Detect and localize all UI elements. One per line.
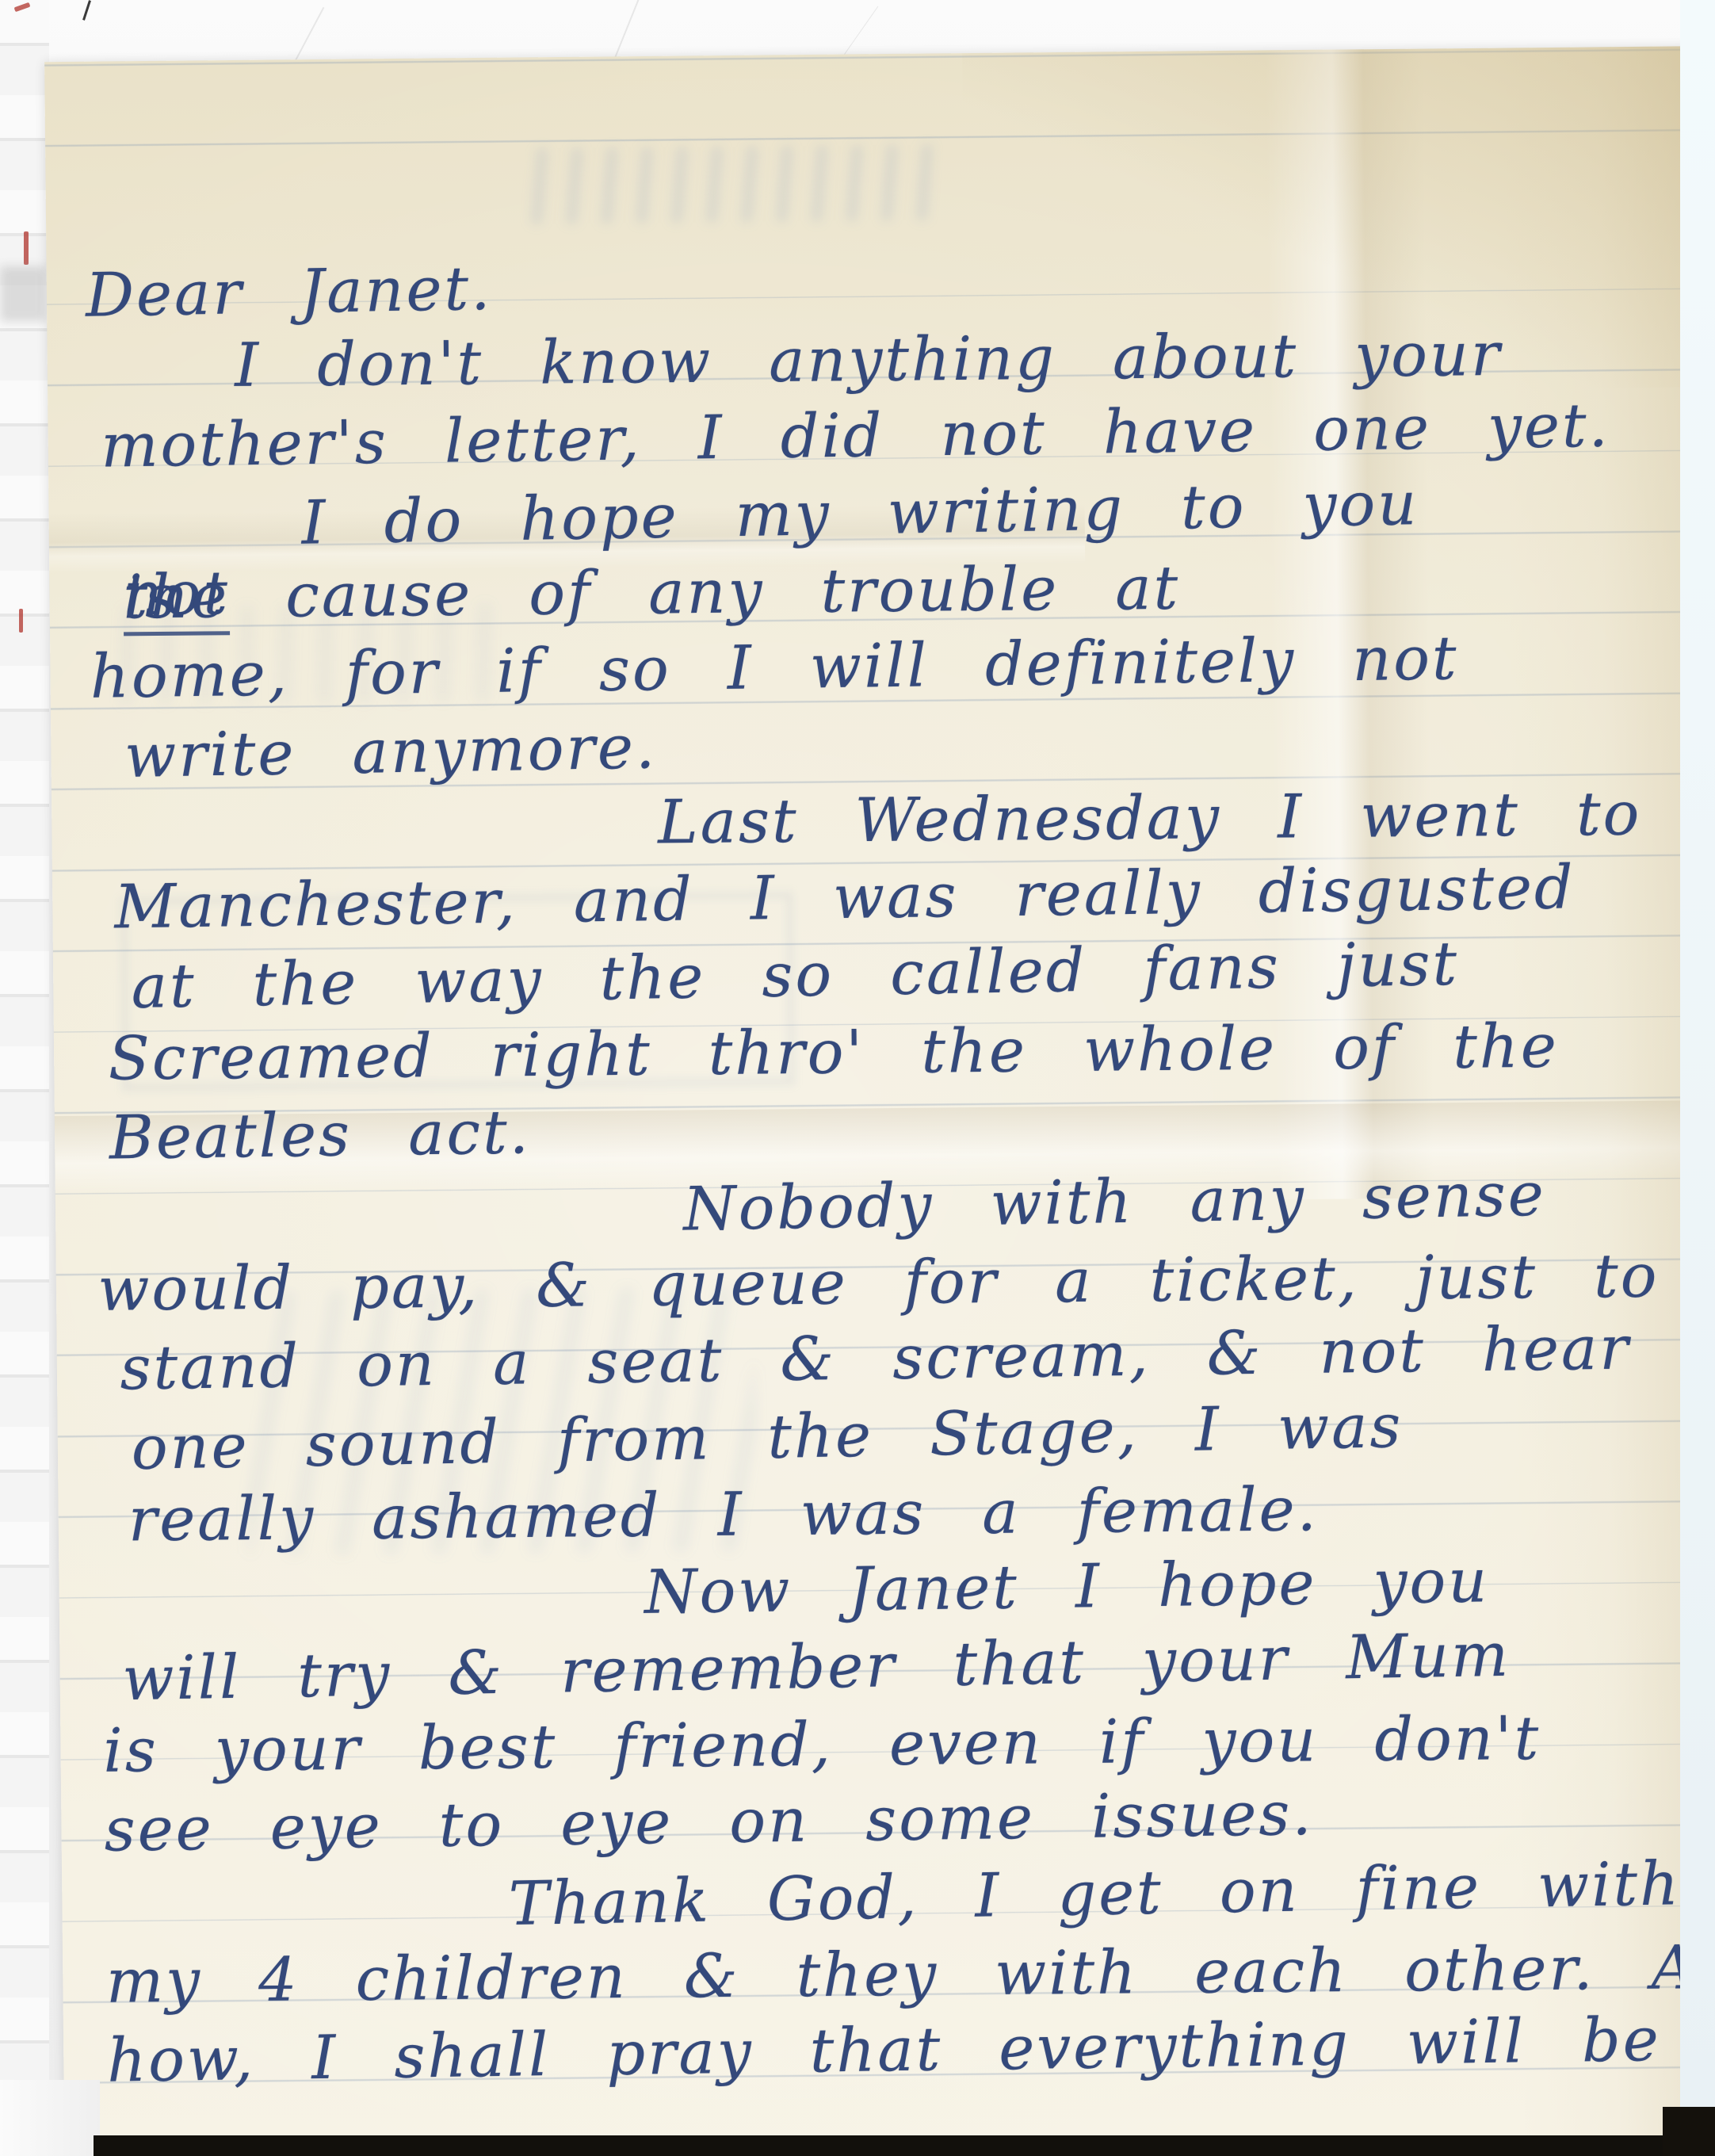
red-ink-mark [24,231,29,265]
handwritten-text: Dear Janet. [85,250,493,334]
scanner-dark-edge [94,2135,1715,2156]
red-ink-mark [14,2,31,12]
ink-showthrough [513,144,942,224]
handwritten-text: write anymore. [124,708,657,794]
handwritten-text: Now Janet I hope you [644,1542,1489,1630]
red-ink-mark [19,609,23,633]
scanner-background: Dear Janet.I don't know anything about y… [0,0,1715,2156]
letter-page: Dear Janet.I don't know anything about y… [44,46,1715,2156]
handwritten-text: really ashamed I was a female. [128,1470,1319,1558]
handwritten-text: Nobody with any sense [682,1156,1546,1248]
letter-line: Nobody with any sense [682,1153,1702,1247]
handwritten-text: I do hope my writing to you [301,464,1419,561]
page-curl-band [1680,0,1715,2112]
handwritten-text: Last Wednesday I went to [658,775,1642,861]
scanner-edge-strip [0,0,49,2156]
scanner-dark-corner [1663,2107,1715,2156]
letter-body: Dear Janet.I don't know anything about y… [85,233,1713,2098]
letter-line: Last Wednesday I went to [658,774,1698,860]
handwritten-text: the cause of any trouble at [123,549,1180,636]
stray-pen-mark [82,0,91,21]
handwritten-text: Beatles act. [109,1093,531,1175]
scanner-edge-strip [0,2080,100,2156]
gray-smudge [0,266,46,322]
